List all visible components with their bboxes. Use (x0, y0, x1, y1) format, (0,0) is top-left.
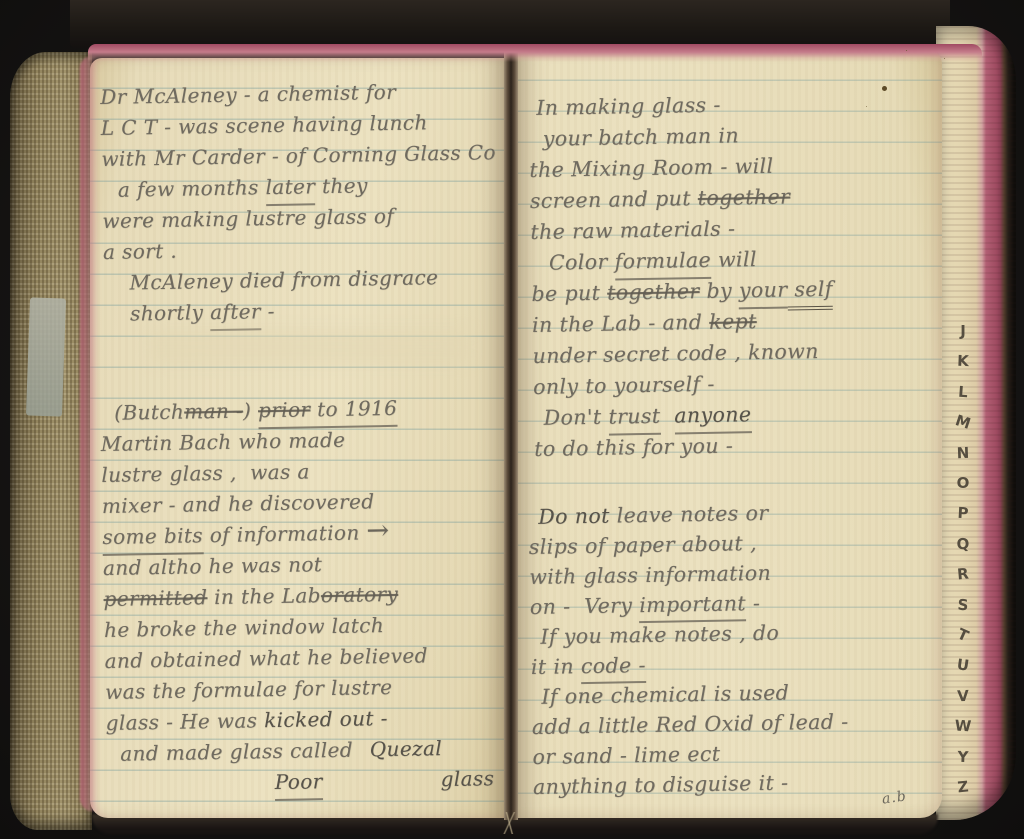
handwriting-segment: ) (243, 395, 259, 426)
index-tab-letter-y: Y (951, 747, 976, 766)
index-tab-letter-n: N (951, 443, 976, 462)
handwriting-segment: Do not (538, 501, 610, 532)
index-tab-letter-z: Z (950, 777, 976, 797)
paper-specks (882, 86, 887, 91)
handwriting-segment: oratory (321, 579, 399, 611)
handwriting-segment: under secret code , known (532, 336, 819, 372)
handwriting-segment: he broke the window latch (104, 610, 385, 646)
handwritten-line: shortly after - (104, 292, 504, 330)
handwriting-segment: - (261, 296, 275, 327)
handwriting-segment: Color (549, 247, 615, 279)
handwriting-segment: glass (440, 763, 494, 795)
faint-show-through (150, 330, 470, 364)
handwriting-segment: to 1916 (310, 393, 397, 429)
index-tab-letter-w: W (951, 717, 976, 736)
handwriting-segment: after (210, 296, 261, 331)
handwriting-segment: code - (581, 650, 646, 684)
handwriting-segment (660, 400, 674, 431)
handwriting-segment: and altho he was not (103, 549, 323, 584)
handwriting-segment: with glass information (529, 558, 771, 592)
corner-pencil-note: a.b (881, 788, 908, 807)
handwriting-segment: kept (709, 306, 757, 338)
alphabet-index-tabs: JKLMNOPQRSTUVWYZ (951, 322, 979, 812)
handwriting-segment: add a little Red Oxid of lead - (532, 706, 849, 742)
handwriting-segment: will (711, 244, 757, 276)
handwritten-line: Poorglass (106, 763, 504, 801)
notebook-photo: Dr McAleney - a chemist forL C T - was s… (0, 0, 1024, 839)
handwriting-segment: of information (203, 517, 367, 551)
handwriting-segment: the Mixing Room - will (529, 151, 774, 186)
handwriting-segment: your (739, 275, 788, 310)
index-tab-letter-v: V (951, 686, 976, 705)
handwriting-segment: the raw materials - (530, 213, 735, 248)
handwriting-segment: only to yourself - (533, 369, 715, 403)
handwriting-segment: a sort . (103, 236, 178, 268)
handwriting-segment: slips of paper about , (529, 528, 758, 562)
handwriting-segment: and made glass called (120, 735, 360, 770)
handwriting-segment: your batch man in (543, 120, 740, 154)
handwriting-segment: screen and put (530, 183, 698, 217)
handwriting-segment: in the Lab (207, 580, 321, 613)
handwriting-segment: on - Very (530, 590, 640, 622)
handwriting-segment: trust (608, 401, 661, 436)
handwriting-segment: kicked out - (264, 703, 388, 736)
index-tab-letter-u: U (950, 655, 976, 676)
index-tab-letter-o: O (951, 474, 975, 492)
handwritten-line: anything to disguise it - (533, 765, 942, 802)
handwriting-segment: lustre glass , was a (101, 456, 310, 491)
index-tab-letter-s: S (950, 595, 975, 615)
handwriting-segment: mixer - and he discovered (102, 486, 375, 522)
index-tab-letter-p: P (951, 504, 976, 523)
handwriting-segment: later (265, 171, 315, 206)
index-tab-letter-t: T (948, 622, 977, 648)
handwriting-segment: glass - He was (105, 705, 264, 739)
handwriting-segment: it in (531, 651, 582, 682)
handwriting-segment: together (607, 276, 700, 309)
handwriting-segment: man - (184, 396, 243, 428)
handwriting-segment: a few months (118, 172, 266, 206)
handwriting-segment: (Butch (114, 397, 184, 429)
handwriting-segment: McAleney died from disgrace (129, 262, 438, 298)
index-tab-letter-m: M (949, 410, 977, 435)
right-page: In making glass -your batch man inthe Mi… (518, 50, 942, 818)
handwriting-segment: - (746, 588, 761, 618)
handwriting-segment: to do this for you - (534, 430, 733, 464)
handwriting-segment: were making lustre glass of (102, 201, 394, 237)
arrow-annotation: → (366, 521, 389, 541)
handwriting-segment: or sand - lime ect (532, 739, 720, 772)
handwriting-segment: be put (531, 278, 607, 310)
left-page-bottom-paragraph: (Butchman -) prior to 1916Martin Bach wh… (100, 391, 504, 801)
handwriting-segment: was the formulae for lustre (105, 672, 393, 708)
index-tab-letter-k: K (951, 352, 976, 371)
handwriting-segment: by (699, 275, 739, 307)
index-tab-letter-l: L (950, 382, 975, 402)
handwriting-segment: together (698, 181, 791, 214)
handwriting-segment: in the Lab - and (532, 307, 710, 341)
page-edge-pink-tint-top (88, 44, 982, 62)
handwriting-segment: If one chemical is used (541, 677, 789, 711)
handwriting-segment: Dr McAleney - a chemist for (100, 77, 396, 113)
handwriting-segment: they (315, 170, 368, 202)
handwriting-segment: Don't (543, 402, 608, 434)
right-page-top-paragraph: In making glass -your batch man inthe Mi… (528, 86, 942, 465)
handwriting-segment: In making glass - (536, 90, 721, 124)
handwriting-segment: shortly (130, 297, 211, 329)
handwriting-segment: If you make notes , do (540, 618, 779, 652)
handwriting-segment: self (787, 274, 833, 311)
index-tab-letter-q: Q (951, 534, 976, 553)
left-page-top-paragraph: Dr McAleney - a chemist forL C T - was s… (100, 75, 504, 330)
handwriting-segment: prior (258, 394, 311, 429)
handwriting-segment: Quezal (369, 733, 442, 765)
spine-gutter (504, 52, 518, 820)
page-edge-pink-tint-left (80, 56, 98, 812)
left-page: Dr McAleney - a chemist forL C T - was s… (90, 58, 504, 818)
handwriting-segment: leave notes or (609, 498, 768, 531)
loose-threads (480, 812, 540, 834)
handwriting-segment: Martin Bach who made (101, 425, 346, 460)
handwriting-segment: anyone (674, 399, 752, 434)
handwriting-segment: anything to disguise it - (533, 768, 789, 802)
index-tab-letter-j: J (951, 322, 975, 340)
handwriting-segment: permitted (103, 582, 207, 615)
index-tab-letter-r: R (950, 564, 975, 584)
tape-patch (26, 297, 66, 416)
handwriting-segment: Poor (274, 766, 322, 801)
right-page-bottom-paragraph: Do not leave notes orslips of paper abou… (528, 495, 942, 802)
book-cover-top-edge (70, 0, 950, 48)
